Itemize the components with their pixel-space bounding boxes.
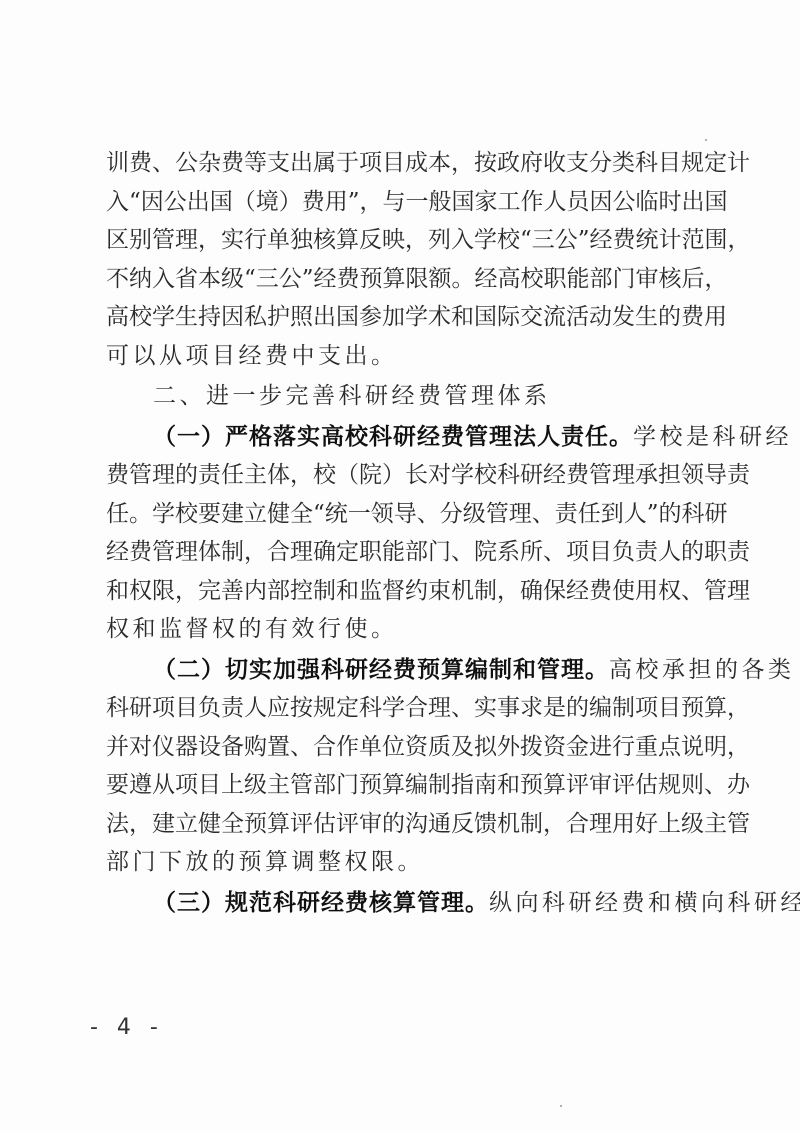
text-line: 不纳入省本级“三公”经费预算限额。经高校职能部门审核后， [106, 260, 692, 299]
text-line: 和权限，完善内部控制和监督约束机制，确保经费使用权、管理 [106, 572, 692, 611]
text-line: 并对仪器设备购置、合作单位资质及拟外拨资金进行重点说明， [106, 728, 692, 767]
text-line: 任。学校要建立健全“统一领导、分级管理、责任到人”的科研 [106, 495, 692, 534]
text-line: 法，建立健全预算评估评审的沟通反馈机制，合理用好上级主管 [106, 805, 692, 844]
text-line: 高校学生持因私护照出国参加学术和国际交流活动发生的费用 [106, 298, 692, 337]
document-body: 训费、公杂费等支出属于项目成本，按政府收支分类科目规定计 入“因公出国（境）费用… [106, 144, 692, 922]
scan-speck [560, 1105, 562, 1107]
text-line: 费管理的责任主体，校（院）长对学校科研经费管理承担领导责 [106, 456, 692, 495]
text-line: 科研项目负责人应按规定科学合理、实事求是的编制项目预算， [106, 689, 692, 728]
text-line: 训费、公杂费等支出属于项目成本，按政府收支分类科目规定计 [106, 144, 692, 183]
page-number: - 4 - [90, 1015, 164, 1040]
text-line: 入“因公出国（境）费用”，与一般国家工作人员因公临时出国 [106, 183, 692, 222]
section-heading: 二、进一步完善科研经费管理体系 [106, 377, 692, 416]
scan-speck [705, 139, 707, 141]
text-line: 部门下放的预算调整权限。 [106, 843, 692, 882]
text-line: 可以从项目经费中支出。 [106, 337, 692, 376]
item-3-first-line: （三）规范科研经费核算管理。纵向科研经费和横向科研经 [106, 884, 692, 923]
item-2-first-line: （二）切实加强科研经费预算编制和管理。高校承担的各类 [106, 651, 692, 690]
text-line: 区别管理，实行单独核算反映，列入学校“三公”经费统计范围， [106, 221, 692, 260]
item-1-text: 学校是科研经 [633, 424, 792, 450]
item-2-title: （二）切实加强科研经费预算编制和管理。 [153, 656, 609, 683]
item-3-title: （三）规范科研经费核算管理。 [153, 889, 489, 916]
item-3-text: 纵向科研经费和横向科研经 [489, 890, 800, 916]
item-2-text: 高校承担的各类 [609, 657, 795, 683]
item-1-title: （一）严格落实高校科研经费管理法人责任。 [153, 423, 633, 450]
text-line: 权和监督权的有效行使。 [106, 610, 692, 649]
text-line: 经费管理体制，合理确定职能部门、院系所、项目负责人的职责 [106, 533, 692, 572]
text-line: 要遵从项目上级主管部门预算编制指南和预算评审评估规则、办 [106, 766, 692, 805]
item-1-first-line: （一）严格落实高校科研经费管理法人责任。学校是科研经 [106, 418, 692, 457]
